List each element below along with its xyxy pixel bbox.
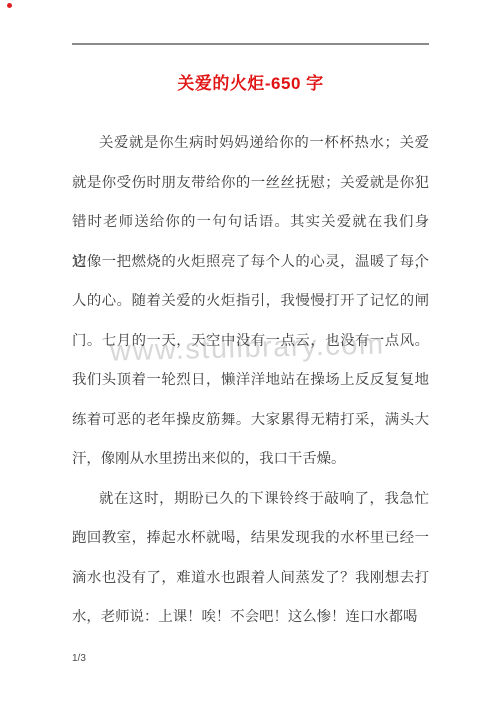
text-line: 门。七月的一天，天空中没有一点云，也没有一点风。	[72, 322, 429, 362]
text-line: 错时老师送给你的一句句话语。其实关爱就在我们身边，	[72, 203, 429, 243]
text-line: 水，老师说：上课！唉！不会吧！这么惨！连口水都喝	[72, 598, 429, 638]
text-line: 跑回教室，捧起水杯就喝，结果发现我的水杯里已经一	[72, 519, 429, 559]
document-page: 关爱的火炬-650 字 www.stulibrary.com 关爱就是你生病时妈…	[0, 0, 500, 708]
text-line: 就是你受伤时朋友带给你的一丝丝抚慰；关爱就是你犯	[72, 164, 429, 204]
text-line: 人的心。随着关爱的火炬指引，我慢慢打开了记忆的闸	[72, 282, 429, 322]
text-line: 滴水也没有了，难道水也跟着人间蒸发了？我刚想去打	[72, 559, 429, 599]
page-number-indicator: 1/3	[72, 653, 86, 664]
text-line: 它像一把燃烧的火炬照亮了每个人的心灵，温暖了每个	[72, 243, 429, 283]
document-title: 关爱的火炬-650 字	[72, 69, 429, 94]
record-dot-icon	[7, 3, 12, 8]
text-line: 关爱就是你生病时妈妈递给你的一杯杯热水；关爱	[72, 124, 429, 164]
text-line: 汗，像刚从水里捞出来似的，我口干舌燥。	[72, 440, 429, 480]
text-line: 就在这时，期盼已久的下课铃终于敲响了，我急忙	[72, 480, 429, 520]
title-divider	[72, 43, 429, 45]
essay-body: 关爱就是你生病时妈妈递给你的一杯杯热水；关爱就是你受伤时朋友带给你的一丝丝抚慰；…	[72, 124, 429, 638]
text-line: 练着可恶的老年操皮筋舞。大家累得无精打采，满头大	[72, 401, 429, 441]
text-line: 我们头顶着一轮烈日，懒洋洋地站在操场上反反复复地	[72, 361, 429, 401]
